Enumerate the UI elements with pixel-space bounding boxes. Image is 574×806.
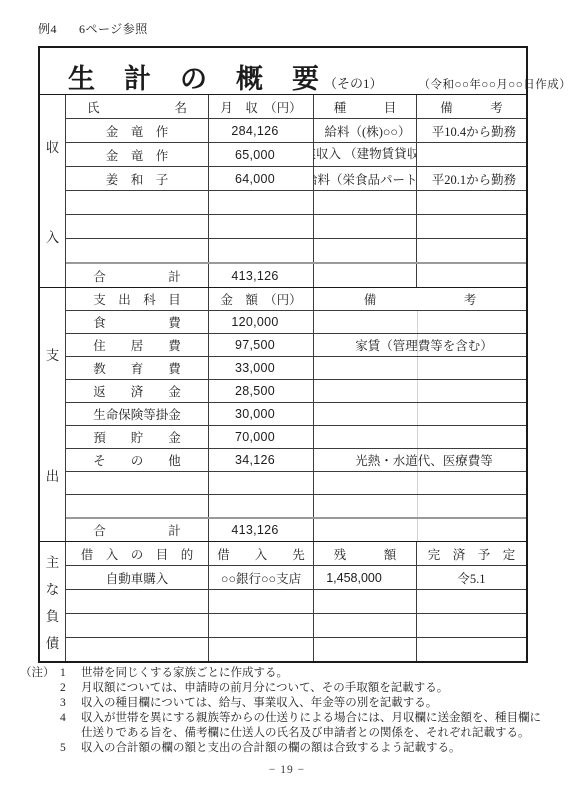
remarks-cell xyxy=(314,495,526,517)
note-text: 収入の合計額の欄の額と支出の合計額の欄の額は合致するよう記載する。 xyxy=(81,741,558,756)
item-cell: 生命保険等掛金 xyxy=(66,403,209,425)
income-row: 金 竜 作 284,126 給料（(株)○○） 平10.4から勤務 xyxy=(66,118,526,142)
note-text: 世帯を同じくする家族ごとに作成する。 xyxy=(81,666,558,681)
amount-cell: 64,000 xyxy=(209,167,314,190)
col-header-expense-item: 支 出 科 目 xyxy=(66,288,209,310)
item-cell: 預 貯 金 xyxy=(66,426,209,448)
name-cell xyxy=(66,239,209,262)
remarks-cell: 平10.4から勤務 xyxy=(417,119,526,142)
repayment-cell xyxy=(417,638,526,661)
purpose-cell xyxy=(66,638,209,661)
empty-row xyxy=(66,613,526,637)
amount-cell xyxy=(209,215,314,238)
category-cell xyxy=(314,239,417,262)
item-cell: 教 育 費 xyxy=(66,357,209,379)
repayment-cell xyxy=(417,614,526,637)
expense-side-char: 支 xyxy=(46,344,60,364)
balance-cell xyxy=(314,638,417,661)
item-cell: 食 費 xyxy=(66,311,209,333)
remarks-cell xyxy=(314,357,526,379)
notes-block: （注） 1 世帯を同じくする家族ごとに作成する。 2 月収額については、申請時の… xyxy=(20,666,558,756)
debt-section: 主 な 負 債 借 入 の 目 的 借 入 先 残 額 完 済 予 定 自動車購… xyxy=(40,542,526,661)
expense-rows: 支 出 科 目 金 額 （円） 備 考 食 費 120,000 住 居 費 97… xyxy=(66,288,526,541)
remarks-cell xyxy=(417,264,526,287)
lender-cell xyxy=(209,614,314,637)
income-rows: 氏 名 月 収 （円） 種 目 備 考 金 竜 作 284,126 給料（(株)… xyxy=(66,95,526,287)
example-number-label: 例4 xyxy=(38,22,57,36)
debt-rows: 借 入 の 目 的 借 入 先 残 額 完 済 予 定 自動車購入 ○○銀行○○… xyxy=(66,542,526,661)
note-text: 収入が世帯を異にする親族等からの仕送りによる場合には、月収欄に送金額を、種目欄に… xyxy=(81,711,558,741)
remarks-cell xyxy=(417,191,526,214)
empty-row xyxy=(66,238,526,262)
amount-cell: 33,000 xyxy=(209,357,314,379)
form-created-date: （令和○○年○○月○○日作成） xyxy=(419,76,572,92)
amount-cell: 65,000 xyxy=(209,143,314,166)
empty-row xyxy=(66,190,526,214)
income-total-row: 合 計 413,126 xyxy=(66,262,526,287)
debt-side-char: な xyxy=(46,578,60,598)
col-header-balance: 残 額 xyxy=(314,542,417,565)
remarks-cell xyxy=(417,215,526,238)
debt-side-char: 負 xyxy=(46,605,60,625)
amount-cell xyxy=(209,191,314,214)
income-side-char: 収 xyxy=(46,136,60,156)
note-item: （注） 1 世帯を同じくする家族ごとに作成する。 xyxy=(20,666,558,681)
col-header-lender: 借 入 先 xyxy=(209,542,314,565)
item-cell xyxy=(66,472,209,494)
remarks-cell xyxy=(314,311,526,333)
expense-section: 支 出 支 出 科 目 金 額 （円） 備 考 食 費 120,000 住 居 … xyxy=(40,288,526,542)
note-number: 2 xyxy=(60,681,81,696)
col-header-monthly-income: 月 収 （円） xyxy=(209,95,314,118)
page-ref-label: 6ページ参照 xyxy=(79,22,148,36)
category-cell: 事業収入 （建物賃貸収入） xyxy=(314,143,417,166)
income-row: 金 竜 作 65,000 事業収入 （建物賃貸収入） xyxy=(66,142,526,166)
page-number: − 19 − xyxy=(0,764,574,776)
amount-cell xyxy=(209,239,314,262)
notes-label: （注） xyxy=(20,666,60,681)
col-header-remarks: 備 考 xyxy=(314,288,526,310)
note-number: 1 xyxy=(60,666,81,681)
livelihood-summary-form: 生 計 の 概 要 （その1） （令和○○年○○月○○日作成） 収 入 氏 名 … xyxy=(38,46,528,663)
item-cell xyxy=(66,495,209,517)
lender-cell xyxy=(209,638,314,661)
form-title-row: 生 計 の 概 要 （その1） （令和○○年○○月○○日作成） xyxy=(40,48,526,95)
amount-cell: 34,126 xyxy=(209,449,314,471)
remarks-cell: 光熱・水道代、医療費等 xyxy=(314,449,526,471)
remarks-cell xyxy=(417,143,526,166)
amount-cell xyxy=(209,495,314,517)
item-cell: そ の 他 xyxy=(66,449,209,471)
expense-row: 教 育 費 33,000 xyxy=(66,356,526,379)
category-cell: 給料（栄食品パート） xyxy=(314,167,417,190)
expense-row: 預 貯 金 70,000 xyxy=(66,425,526,448)
remarks-cell: 家賃（管理費等を含む） xyxy=(314,334,526,356)
category-cell xyxy=(314,191,417,214)
amount-cell: 28,500 xyxy=(209,380,314,402)
debt-side-char: 債 xyxy=(46,632,60,652)
name-cell xyxy=(66,191,209,214)
empty-row xyxy=(66,471,526,494)
income-header-row: 氏 名 月 収 （円） 種 目 備 考 xyxy=(66,95,526,118)
amount-cell: 284,126 xyxy=(209,119,314,142)
category-cell xyxy=(314,215,417,238)
notes-label-spacer xyxy=(20,741,60,756)
debt-row: 自動車購入 ○○銀行○○支店 1,458,000 令5.1 xyxy=(66,565,526,589)
note-item: 5 収入の合計額の欄の額と支出の合計額の欄の額は合致するよう記載する。 xyxy=(20,741,558,756)
debt-side-char: 主 xyxy=(46,551,60,571)
income-side-char: 入 xyxy=(46,226,60,246)
expense-total-row: 合 計 413,126 xyxy=(66,517,526,541)
name-cell: 金 竜 作 xyxy=(66,119,209,142)
col-header-remarks: 備 考 xyxy=(417,95,526,118)
repayment-cell xyxy=(417,590,526,613)
amount-cell: 120,000 xyxy=(209,311,314,333)
expense-row: 生命保険等掛金 30,000 xyxy=(66,402,526,425)
remarks-cell xyxy=(314,472,526,494)
name-cell xyxy=(66,215,209,238)
amount-cell: 70,000 xyxy=(209,426,314,448)
total-amount-cell: 413,126 xyxy=(209,264,314,287)
item-cell: 返 済 金 xyxy=(66,380,209,402)
col-header-repayment-due: 完 済 予 定 xyxy=(417,542,526,565)
remarks-cell: 平20.1から勤務 xyxy=(417,167,526,190)
total-label-cell: 合 計 xyxy=(66,519,209,541)
amount-cell: 97,500 xyxy=(209,334,314,356)
expense-side-label: 支 出 xyxy=(40,288,66,541)
expense-row: 食 費 120,000 xyxy=(66,310,526,333)
note-item: 3 収入の種目欄については、給与、事業収入、年金等の別を記載する。 xyxy=(20,696,558,711)
empty-row xyxy=(66,589,526,613)
category-cell xyxy=(314,264,417,287)
purpose-cell: 自動車購入 xyxy=(66,566,209,589)
col-header-category: 種 目 xyxy=(314,95,417,118)
expense-row: そ の 他 34,126 光熱・水道代、医療費等 xyxy=(66,448,526,471)
category-cell: 給料（(株)○○） xyxy=(314,119,417,142)
notes-label-spacer xyxy=(20,711,60,741)
note-number: 5 xyxy=(60,741,81,756)
remarks-cell xyxy=(417,239,526,262)
item-cell: 住 居 費 xyxy=(66,334,209,356)
balance-cell xyxy=(314,590,417,613)
name-cell: 姜 和 子 xyxy=(66,167,209,190)
note-item: 2 月収額については、申請時の前月分について、その手取額を記載する。 xyxy=(20,681,558,696)
expense-row: 返 済 金 28,500 xyxy=(66,379,526,402)
col-header-amount: 金 額 （円） xyxy=(209,288,314,310)
note-text: 収入の種目欄については、給与、事業収入、年金等の別を記載する。 xyxy=(81,696,558,711)
purpose-cell xyxy=(66,590,209,613)
expense-side-char: 出 xyxy=(46,465,60,485)
income-row: 姜 和 子 64,000 給料（栄食品パート） 平20.1から勤務 xyxy=(66,166,526,190)
notes-label-spacer xyxy=(20,696,60,711)
income-section: 収 入 氏 名 月 収 （円） 種 目 備 考 金 竜 作 284,126 給料… xyxy=(40,95,526,288)
lender-cell: ○○銀行○○支店 xyxy=(209,566,314,589)
repayment-cell: 令5.1 xyxy=(417,566,526,589)
note-item: 4 収入が世帯を異にする親族等からの仕送りによる場合には、月収欄に送金額を、種目… xyxy=(20,711,558,741)
page-annotation: 例46ページ参照 xyxy=(38,20,148,37)
empty-row xyxy=(66,494,526,517)
notes-label-spacer xyxy=(20,681,60,696)
total-label-cell: 合 計 xyxy=(66,264,209,287)
income-side-label: 収 入 xyxy=(40,95,66,287)
debt-header-row: 借 入 の 目 的 借 入 先 残 額 完 済 予 定 xyxy=(66,542,526,565)
balance-cell xyxy=(314,614,417,637)
note-number: 3 xyxy=(60,696,81,711)
form-title: 生 計 の 概 要 xyxy=(68,57,320,96)
balance-cell: 1,458,000 xyxy=(314,566,417,589)
remarks-cell xyxy=(314,380,526,402)
amount-cell: 30,000 xyxy=(209,403,314,425)
note-number: 4 xyxy=(60,711,81,741)
total-amount-cell: 413,126 xyxy=(209,519,314,541)
form-title-part: （その1） xyxy=(324,73,383,92)
amount-cell xyxy=(209,472,314,494)
remarks-cell xyxy=(314,426,526,448)
lender-cell xyxy=(209,590,314,613)
debt-side-label: 主 な 負 債 xyxy=(40,542,66,661)
note-text: 月収額については、申請時の前月分について、その手取額を記載する。 xyxy=(81,681,558,696)
remarks-cell xyxy=(314,519,526,541)
name-cell: 金 竜 作 xyxy=(66,143,209,166)
empty-row xyxy=(66,637,526,661)
remarks-cell xyxy=(314,403,526,425)
empty-row xyxy=(66,214,526,238)
expense-row: 住 居 費 97,500 家賃（管理費等を含む） xyxy=(66,333,526,356)
col-header-name: 氏 名 xyxy=(66,95,209,118)
expense-header-row: 支 出 科 目 金 額 （円） 備 考 xyxy=(66,288,526,310)
purpose-cell xyxy=(66,614,209,637)
col-header-loan-purpose: 借 入 の 目 的 xyxy=(66,542,209,565)
